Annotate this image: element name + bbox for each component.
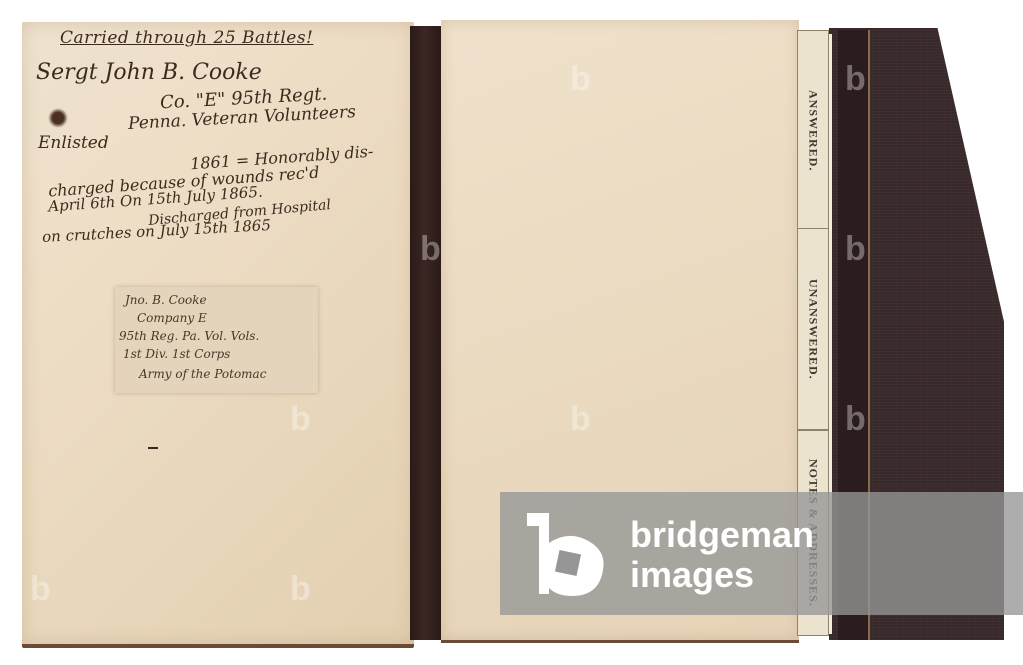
- slip-line: Jno. B. Cooke: [125, 293, 207, 307]
- tab-answered: ANSWERED.: [797, 30, 829, 232]
- slip-line: 1st Div. 1st Corps: [123, 347, 230, 361]
- slip-line: Company E: [137, 311, 207, 325]
- inscription-title: Carried through 25 Battles!: [60, 28, 313, 48]
- slip-line: Army of the Potomac: [139, 367, 266, 381]
- watermark-tile-icon: b: [30, 570, 51, 609]
- watermark-tile-icon: b: [570, 60, 591, 99]
- inscription-enlisted: Enlisted: [38, 133, 109, 153]
- tab-label: UNANSWERED.: [806, 279, 821, 380]
- watermark-tile-icon: b: [290, 570, 311, 609]
- slip-line: 95th Reg. Pa. Vol. Vols.: [119, 329, 259, 343]
- tab-label: ANSWERED.: [806, 90, 821, 171]
- watermark-tile-icon: b: [570, 400, 591, 439]
- inscription-name: Sergt John B. Cooke: [36, 60, 262, 85]
- bridgeman-logo-icon: [527, 508, 607, 598]
- ink-blot: [48, 108, 68, 128]
- watermark-text-images: images: [630, 557, 754, 593]
- watermark-tile-icon: b: [845, 230, 866, 269]
- name-label-slip: Jno. B. Cooke Company E 95th Reg. Pa. Vo…: [115, 287, 318, 393]
- tab-unanswered: UNANSWERED.: [797, 228, 829, 430]
- ink-mark: [148, 447, 158, 449]
- watermark-tile-icon: b: [420, 230, 441, 269]
- watermark-text-bridgeman: bridgeman: [630, 517, 814, 553]
- watermark-tile-icon: b: [845, 400, 866, 439]
- watermark-tile-icon: b: [845, 60, 866, 99]
- watermark-tile-icon: b: [290, 400, 311, 439]
